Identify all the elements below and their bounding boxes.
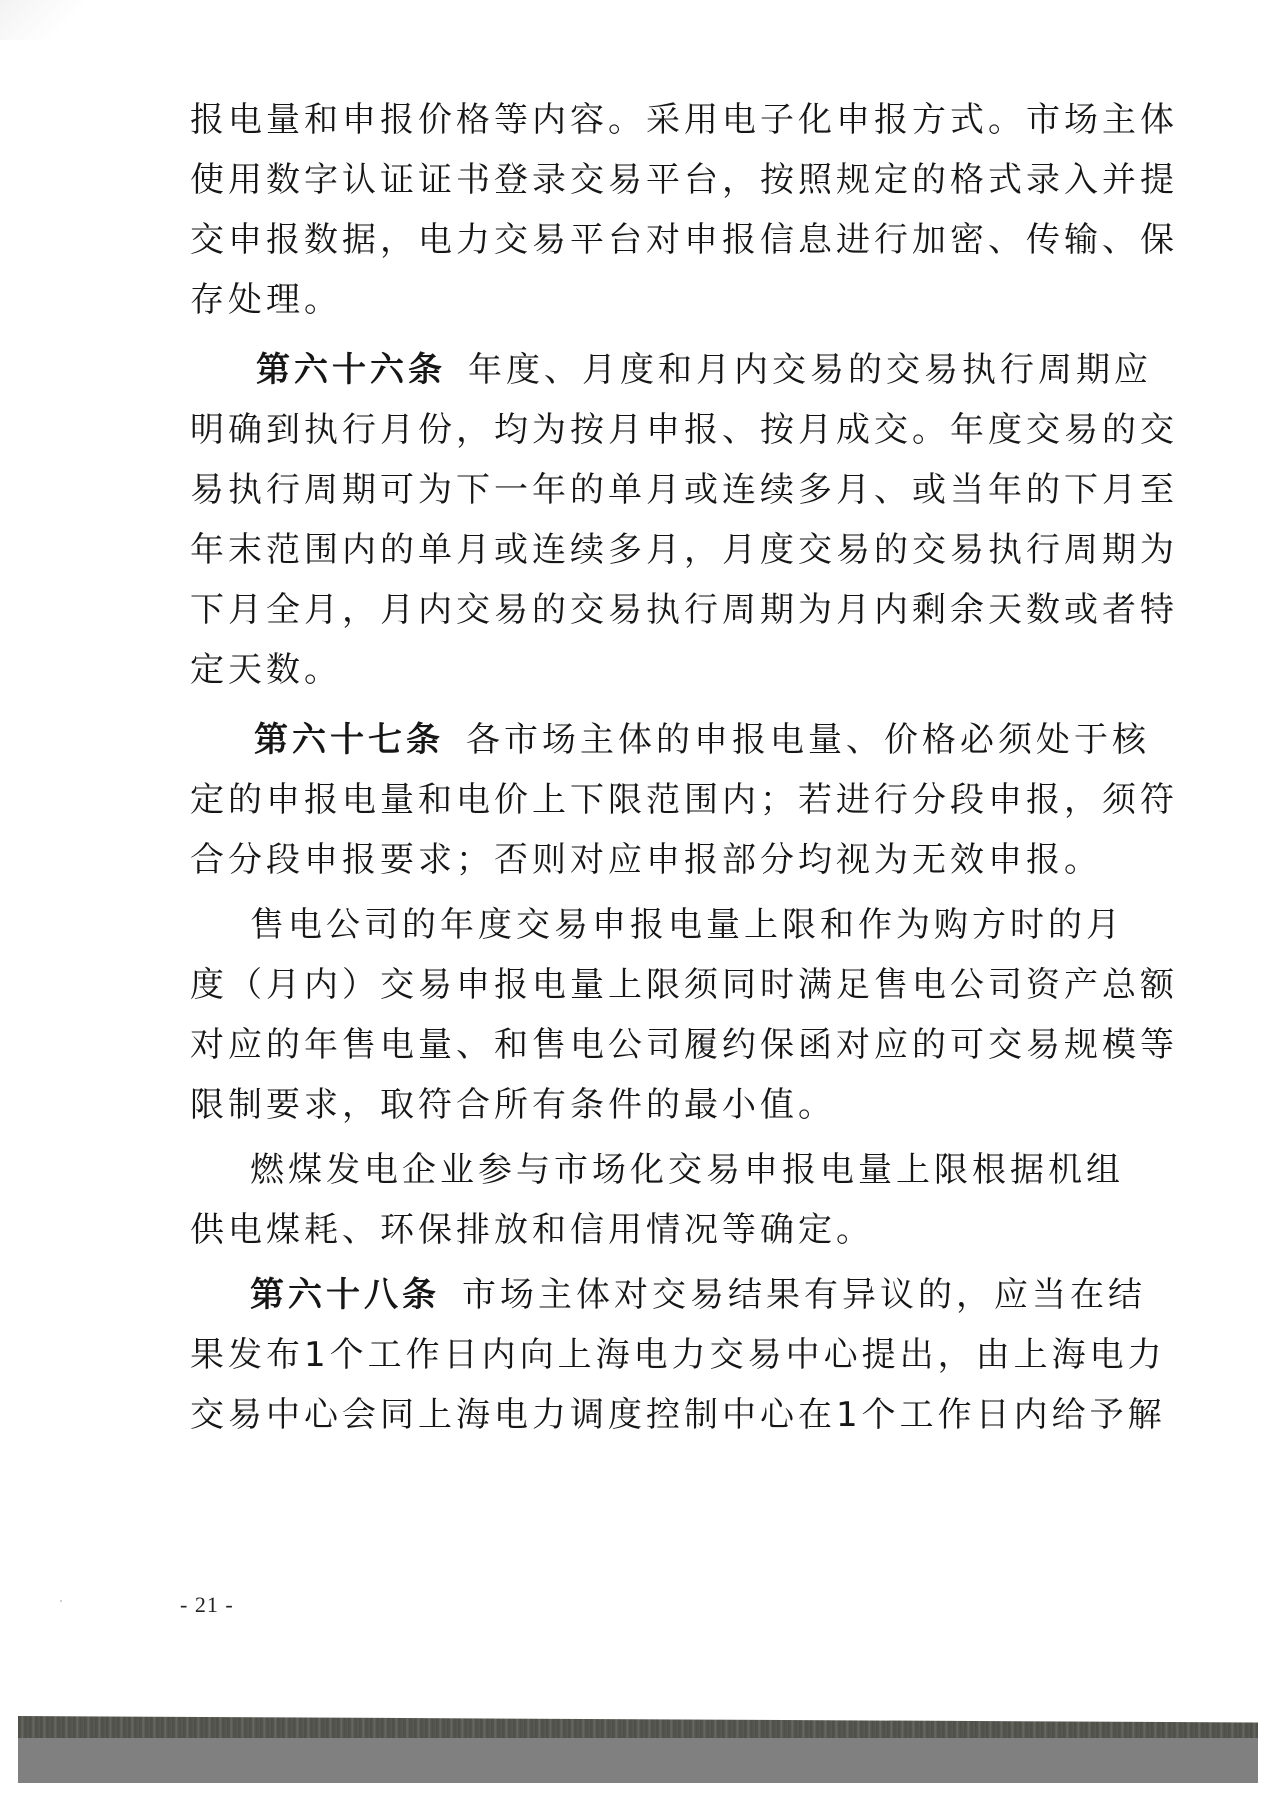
line-text: 合分段申报要求；否则对应申报部分均视为无效申报。 xyxy=(190,840,1102,880)
line-text: 年末范围内的单月或连续多月，月度交易的交易执行周期为 xyxy=(190,530,1178,570)
paragraph-line: 定的申报电量和电价上下限范围内；若进行分段申报，须符 xyxy=(190,775,1178,825)
line-text: 供电煤耗、环保排放和信用情况等确定。 xyxy=(190,1210,874,1250)
scanner-background xyxy=(18,1738,1258,1783)
line-text: 果发布1个工作日内向上海电力交易中心提出，由上海电力 xyxy=(190,1335,1166,1375)
page-number: - 21 - xyxy=(180,1592,234,1618)
paragraph-line: 定天数。 xyxy=(190,645,342,695)
article-number: 第六十七条 xyxy=(254,720,444,760)
line-text: 交易中心会同上海电力调度控制中心在1个工作日内给予解 xyxy=(190,1395,1166,1435)
paragraph-line: 限制要求，取符合所有条件的最小值。 xyxy=(190,1080,836,1130)
paragraph-line: 对应的年售电量、和售电公司履约保函对应的可交易规模等 xyxy=(190,1020,1178,1070)
scan-smudge xyxy=(0,0,90,40)
paragraph-line: 存处理。 xyxy=(190,275,342,325)
scan-speck xyxy=(60,1600,62,1602)
paragraph-line: 交申报数据，电力交易平台对申报信息进行加密、传输、保 xyxy=(190,215,1178,265)
paragraph-line: 交易中心会同上海电力调度控制中心在1个工作日内给予解 xyxy=(190,1390,1166,1440)
line-text: 明确到执行月份，均为按月申报、按月成交。年度交易的交 xyxy=(190,410,1178,450)
line-text: 定的申报电量和电价上下限范围内；若进行分段申报，须符 xyxy=(190,780,1178,820)
paragraph-line: 供电煤耗、环保排放和信用情况等确定。 xyxy=(190,1205,874,1255)
line-text: 售电公司的年度交易申报电量上限和作为购方时的月 xyxy=(250,905,1124,945)
article-68-heading-line: 第六十八条市场主体对交易结果有异议的，应当在结 xyxy=(250,1270,1146,1320)
article-number: 第六十六条 xyxy=(256,350,446,390)
line-text: 度（月内）交易申报电量上限须同时满足售电公司资产总额 xyxy=(190,965,1178,1005)
paragraph-line: 下月全月，月内交易的交易执行周期为月内剩余天数或者特 xyxy=(190,585,1178,635)
line-text: 报电量和申报价格等内容。采用电子化申报方式。市场主体 xyxy=(190,100,1178,140)
line-text: 燃煤发电企业参与市场化交易申报电量上限根据机组 xyxy=(250,1150,1124,1190)
article-67-heading-line: 第六十七条各市场主体的申报电量、价格必须处于核 xyxy=(254,715,1150,765)
paragraph-line: 合分段申报要求；否则对应申报部分均视为无效申报。 xyxy=(190,835,1102,885)
paragraph-line: 报电量和申报价格等内容。采用电子化申报方式。市场主体 xyxy=(190,95,1178,145)
document-page: 报电量和申报价格等内容。采用电子化申报方式。市场主体 使用数字认证证书登录交易平… xyxy=(0,0,1273,1800)
paragraph-line: 燃煤发电企业参与市场化交易申报电量上限根据机组 xyxy=(250,1145,1124,1195)
line-text: 限制要求，取符合所有条件的最小值。 xyxy=(190,1085,836,1125)
line-text: 下月全月，月内交易的交易执行周期为月内剩余天数或者特 xyxy=(190,590,1178,630)
article-number: 第六十八条 xyxy=(250,1275,440,1315)
paragraph-line: 使用数字认证证书登录交易平台，按照规定的格式录入并提 xyxy=(190,155,1178,205)
line-text: 对应的年售电量、和售电公司履约保函对应的可交易规模等 xyxy=(190,1025,1178,1065)
line-text: 易执行周期可为下一年的单月或连续多月、或当年的下月至 xyxy=(190,470,1178,510)
line-text: 各市场主体的申报电量、价格必须处于核 xyxy=(466,720,1150,760)
line-text: 年度、月度和月内交易的交易执行周期应 xyxy=(468,350,1152,390)
article-66-heading-line: 第六十六条年度、月度和月内交易的交易执行周期应 xyxy=(256,345,1152,395)
paragraph-line: 年末范围内的单月或连续多月，月度交易的交易执行周期为 xyxy=(190,525,1178,575)
paragraph-line: 易执行周期可为下一年的单月或连续多月、或当年的下月至 xyxy=(190,465,1178,515)
line-text: 市场主体对交易结果有异议的，应当在结 xyxy=(462,1275,1146,1315)
line-text: 使用数字认证证书登录交易平台，按照规定的格式录入并提 xyxy=(190,160,1178,200)
line-text: 交申报数据，电力交易平台对申报信息进行加密、传输、保 xyxy=(190,220,1178,260)
paragraph-line: 果发布1个工作日内向上海电力交易中心提出，由上海电力 xyxy=(190,1330,1166,1380)
paragraph-line: 度（月内）交易申报电量上限须同时满足售电公司资产总额 xyxy=(190,960,1178,1010)
paragraph-line: 明确到执行月份，均为按月申报、按月成交。年度交易的交 xyxy=(190,405,1178,455)
line-text: 定天数。 xyxy=(190,650,342,690)
line-text: 存处理。 xyxy=(190,280,342,320)
paragraph-line: 售电公司的年度交易申报电量上限和作为购方时的月 xyxy=(250,900,1124,950)
